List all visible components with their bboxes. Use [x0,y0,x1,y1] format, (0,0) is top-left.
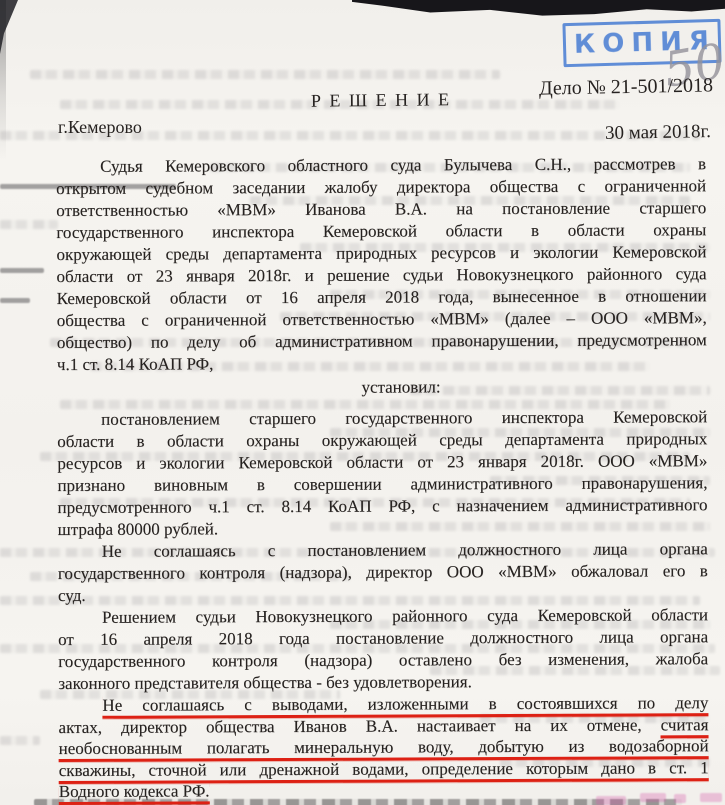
city-label: г.Кемерово [58,117,142,138]
bleedthrough-text-artifact [0,268,44,273]
text-line: законного представителя общества - без у… [58,670,708,695]
text-run: ответственностью «МВМ» Иванова В.А. на п… [56,198,706,220]
text-line: открытом судебном заседании жалобу дирек… [56,175,706,200]
text-line: Не соглашаясь с выводами, изложенными в … [58,692,708,716]
text-line: государственного контроля (надзора), дир… [58,560,708,585]
text-run: государственного контроля (надзора), дир… [58,561,708,583]
text-line: предусмотренного ч.1 ст. 8.14 КоАП РФ, с… [57,494,707,519]
text-run: предусмотренного ч.1 ст. 8.14 КоАП РФ, с… [57,495,707,517]
bleedthrough-text-artifact [0,298,30,303]
text-run: Кемеровской области от 16 апреля 2018 го… [57,286,707,308]
text-run: Судья Кемеровского областного суда Булыч… [100,154,706,176]
text-line: ответственностью «МВМ» Иванова В.А. на п… [56,197,706,222]
red-underlined-text: Водного кодекса РФ. [59,781,210,805]
text-line: установил: [57,375,707,400]
text-run: Не соглашаясь с постановлением должностн… [102,539,708,561]
text-run: законного представителя общества - без у… [58,672,472,693]
text-run: окружающей среды департамента природных … [56,242,706,264]
text-line: постановлением старшего государственного… [57,406,707,431]
text-run: ресурсов и экологии Кемеровской области … [57,451,707,473]
text-run: области в области охраны окружающей сред… [57,429,707,451]
bleedthrough-text-artifact [30,70,500,79]
text-run: общества с ограниченной ответственностью… [57,308,707,330]
text-run: Решением судьи Новокузнецкого районного … [102,605,708,627]
scanned-document-page: КОПИЯ 50 Дело № 21-501/2018 Р Е Ш Е Н И … [0,0,725,805]
text-run: актах, директор общества Иванов В.А. нас… [58,715,660,737]
text-line: ч.1 ст. 8.14 КоАП РФ, [57,351,707,376]
document-title: Р Е Ш Е Н И Е [56,87,706,115]
text-run: области от 23 января 2018г. и решение су… [56,264,706,286]
text-line: Решением судьи Новокузнецкого районного … [58,604,708,629]
text-line: области от 23 января 2018г. и решение су… [56,263,706,288]
text-line: необоснованным полагать минеральную воду… [59,735,709,759]
document-body: Судья Кемеровского областного суда Булыч… [56,153,709,802]
text-line: государственного контроля (надзора) оста… [58,648,708,673]
text-run: признано виновным в совершении администр… [57,473,707,495]
text-line: скважины, сточной или дренажной водами, … [59,757,709,781]
text-run: открытом судебном заседании жалобу дирек… [56,176,706,198]
text-line: Не соглашаясь с постановлением должностн… [58,538,708,563]
text-line: государственного инспектора Кемеровской … [56,219,706,244]
text-run: суд. [58,586,86,605]
text-run: государственного инспектора Кемеровской … [56,220,706,242]
text-line: Кемеровской области от 16 апреля 2018 го… [57,285,707,310]
text-line: окружающей среды департамента природных … [56,241,706,266]
scan-artifact-corner [0,0,18,54]
text-run: штрафа 80000 рублей. [58,519,219,539]
text-line: общество) по делу об административном пр… [57,329,707,354]
text-run: государственного контроля (надзора) оста… [58,649,708,671]
text-line: от 16 апреля 2018 года постановление дол… [58,626,708,651]
text-line: области в области охраны окружающей сред… [57,428,707,453]
text-line: штрафа 80000 рублей. [58,516,708,541]
text-run: постановлением старшего государственного… [101,407,707,429]
text-line: общества с ограниченной ответственностью… [57,307,707,332]
text-line: ресурсов и экологии Кемеровской области … [57,450,707,475]
bleedthrough-text-artifact [0,220,58,229]
text-run: ч.1 ст. 8.14 КоАП РФ, [57,354,213,374]
text-run: установил: [361,377,440,396]
text-line: суд. [58,582,708,607]
text-run: от 16 апреля 2018 года постановление дол… [58,627,708,649]
text-run: общество) по делу об административном пр… [57,330,707,352]
document-date: 30 мая 2018г. [605,121,711,145]
text-line: Судья Кемеровского областного суда Булыч… [56,153,706,178]
text-line: актах, директор общества Иванов В.А. нас… [58,714,708,738]
bleedthrough-text-artifact [0,736,40,745]
scan-artifact-top-band [352,0,725,16]
text-line: признано виновным в совершении администр… [57,472,707,497]
